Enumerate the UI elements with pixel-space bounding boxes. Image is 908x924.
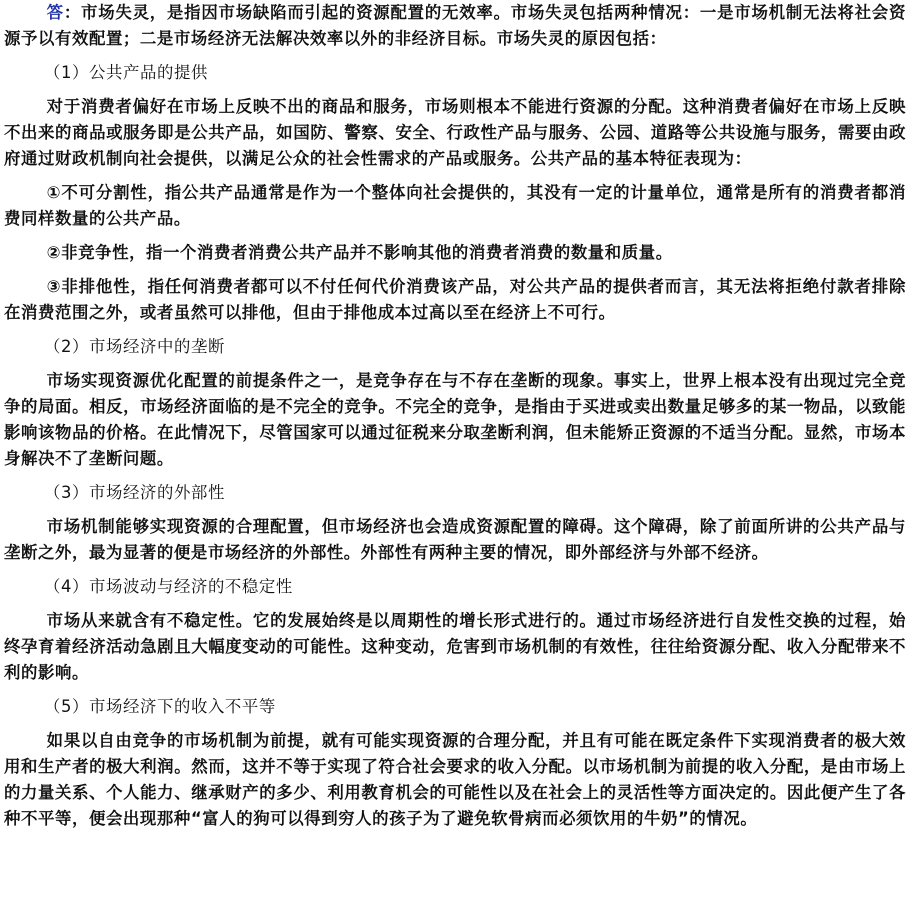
- section-heading-3: （3）市场经济的外部性: [0, 480, 908, 506]
- intro-paragraph: 答：市场失灵，是指因市场缺陷而引起的资源配置的无效率。市场失灵包括两种情况：一是…: [0, 0, 908, 52]
- intro-text: ：市场失灵，是指因市场缺陷而引起的资源配置的无效率。市场失灵包括两种情况：一是市…: [4, 3, 906, 48]
- document-body: 答：市场失灵，是指因市场缺陷而引起的资源配置的无效率。市场失灵包括两种情况：一是…: [0, 0, 908, 832]
- section-1-paragraph-1: 对于消费者偏好在市场上反映不出的商品和服务，市场则根本不能进行资源的分配。这种消…: [0, 94, 908, 172]
- section-5-paragraph-1: 如果以自由竞争的市场机制为前提，就有可能实现资源的合理分配，并且有可能在既定条件…: [0, 728, 908, 832]
- section-1-paragraph-4: ③非排他性，指任何消费者都可以不付任何代价消费该产品，对公共产品的提供者而言，其…: [0, 274, 908, 326]
- answer-label: 答: [47, 3, 64, 22]
- section-1-paragraph-2: ①不可分割性，指公共产品通常是作为一个整体向社会提供的，其没有一定的计量单位，通…: [0, 180, 908, 232]
- section-2-paragraph-1: 市场实现资源优化配置的前提条件之一，是竞争存在与不存在垄断的现象。事实上，世界上…: [0, 368, 908, 472]
- section-heading-5: （5）市场经济下的收入不平等: [0, 694, 908, 720]
- section-4-paragraph-1: 市场从来就含有不稳定性。它的发展始终是以周期性的增长形式进行的。通过市场经济进行…: [0, 608, 908, 686]
- section-heading-1: （1）公共产品的提供: [0, 60, 908, 86]
- section-heading-2: （2）市场经济中的垄断: [0, 334, 908, 360]
- section-heading-4: （4）市场波动与经济的不稳定性: [0, 574, 908, 600]
- section-1-paragraph-3: ②非竞争性，指一个消费者消费公共产品并不影响其他的消费者消费的数量和质量。: [0, 240, 908, 266]
- section-3-paragraph-1: 市场机制能够实现资源的合理配置，但市场经济也会造成资源配置的障碍。这个障碍，除了…: [0, 514, 908, 566]
